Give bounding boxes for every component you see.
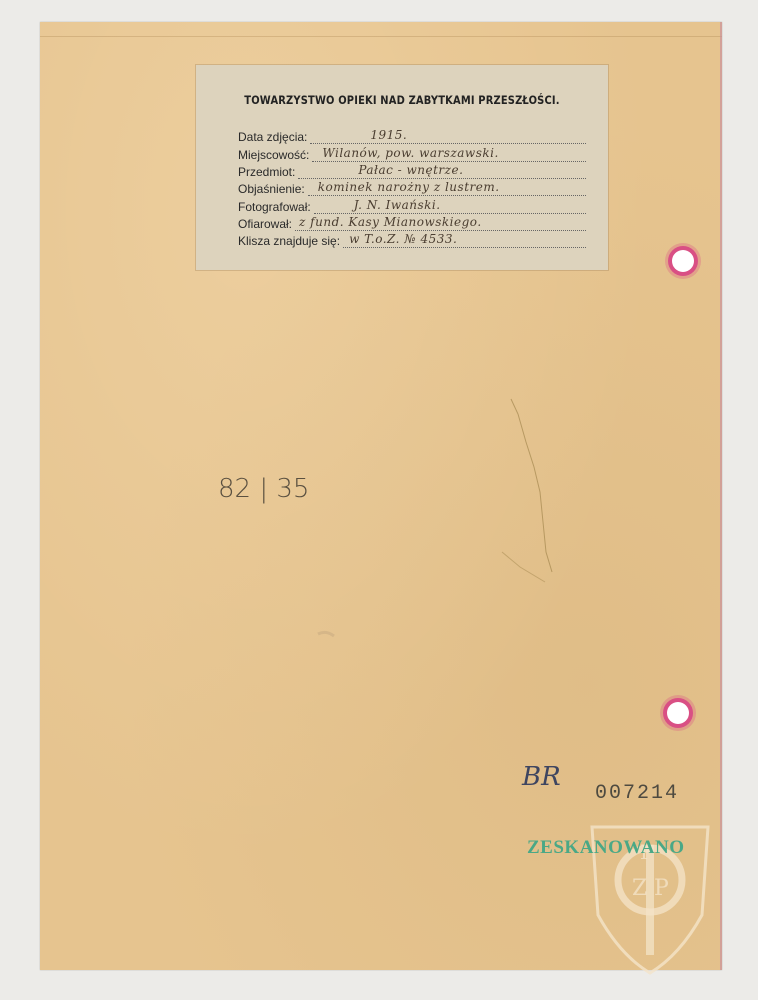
- field-label: Przedmiot:: [238, 165, 295, 179]
- field-label: Fotografował:: [238, 200, 311, 214]
- field-date: Data zdjęcia: 1915.: [238, 127, 586, 144]
- catalog-label: TOWARZYSTWO OPIEKI NAD ZABYTKAMI PRZESZŁ…: [196, 65, 608, 270]
- field-value: 1915.: [310, 129, 586, 144]
- field-label: Klisza znajduje się:: [238, 234, 340, 248]
- field-value: Wilanów, pow. warszawski.: [312, 147, 586, 162]
- field-value: z fund. Kasy Mianowskiego.: [295, 216, 586, 231]
- svg-text:Z: Z: [632, 876, 647, 901]
- field-label: Objaśnienie:: [238, 182, 305, 196]
- field-label: Ofiarował:: [238, 217, 292, 231]
- punch-hole-bottom: [667, 702, 689, 724]
- field-donor: Ofiarował: z fund. Kasy Mianowskiego.: [238, 214, 586, 231]
- scan-stamp: ZESKANOWANO: [527, 837, 685, 859]
- field-label: Miejscowość:: [238, 148, 309, 162]
- field-photographer: Fotografował: J. N. Iwański.: [238, 197, 586, 214]
- field-description: Objaśnienie: kominek narożny z lustrem.: [238, 179, 586, 196]
- field-value: kominek narożny z lustrem.: [308, 181, 586, 196]
- field-value: Pałac - wnętrze.: [298, 164, 586, 179]
- field-location: Miejscowość: Wilanów, pow. warszawski.: [238, 145, 586, 162]
- field-value: J. N. Iwański.: [314, 199, 586, 214]
- field-subject: Przedmiot: Pałac - wnętrze.: [238, 162, 586, 179]
- inventory-number: 007214: [595, 782, 679, 805]
- field-negative: Klisza znajduje się: w T.o.Z. № 4533.: [238, 231, 586, 248]
- pencil-shelfmark: 82 | 35: [218, 474, 309, 504]
- field-value: w T.o.Z. № 4533.: [343, 233, 586, 248]
- mount-card: TOWARZYSTWO OPIEKI NAD ZABYTKAMI PRZESZŁ…: [40, 22, 722, 970]
- svg-text:P: P: [654, 876, 669, 901]
- punch-hole-top: [672, 250, 694, 272]
- pencil-initials: BR: [522, 762, 561, 792]
- label-title: TOWARZYSTWO OPIEKI NAD ZABYTKAMI PRZESZŁ…: [225, 93, 579, 107]
- field-label: Data zdjęcia:: [238, 130, 307, 144]
